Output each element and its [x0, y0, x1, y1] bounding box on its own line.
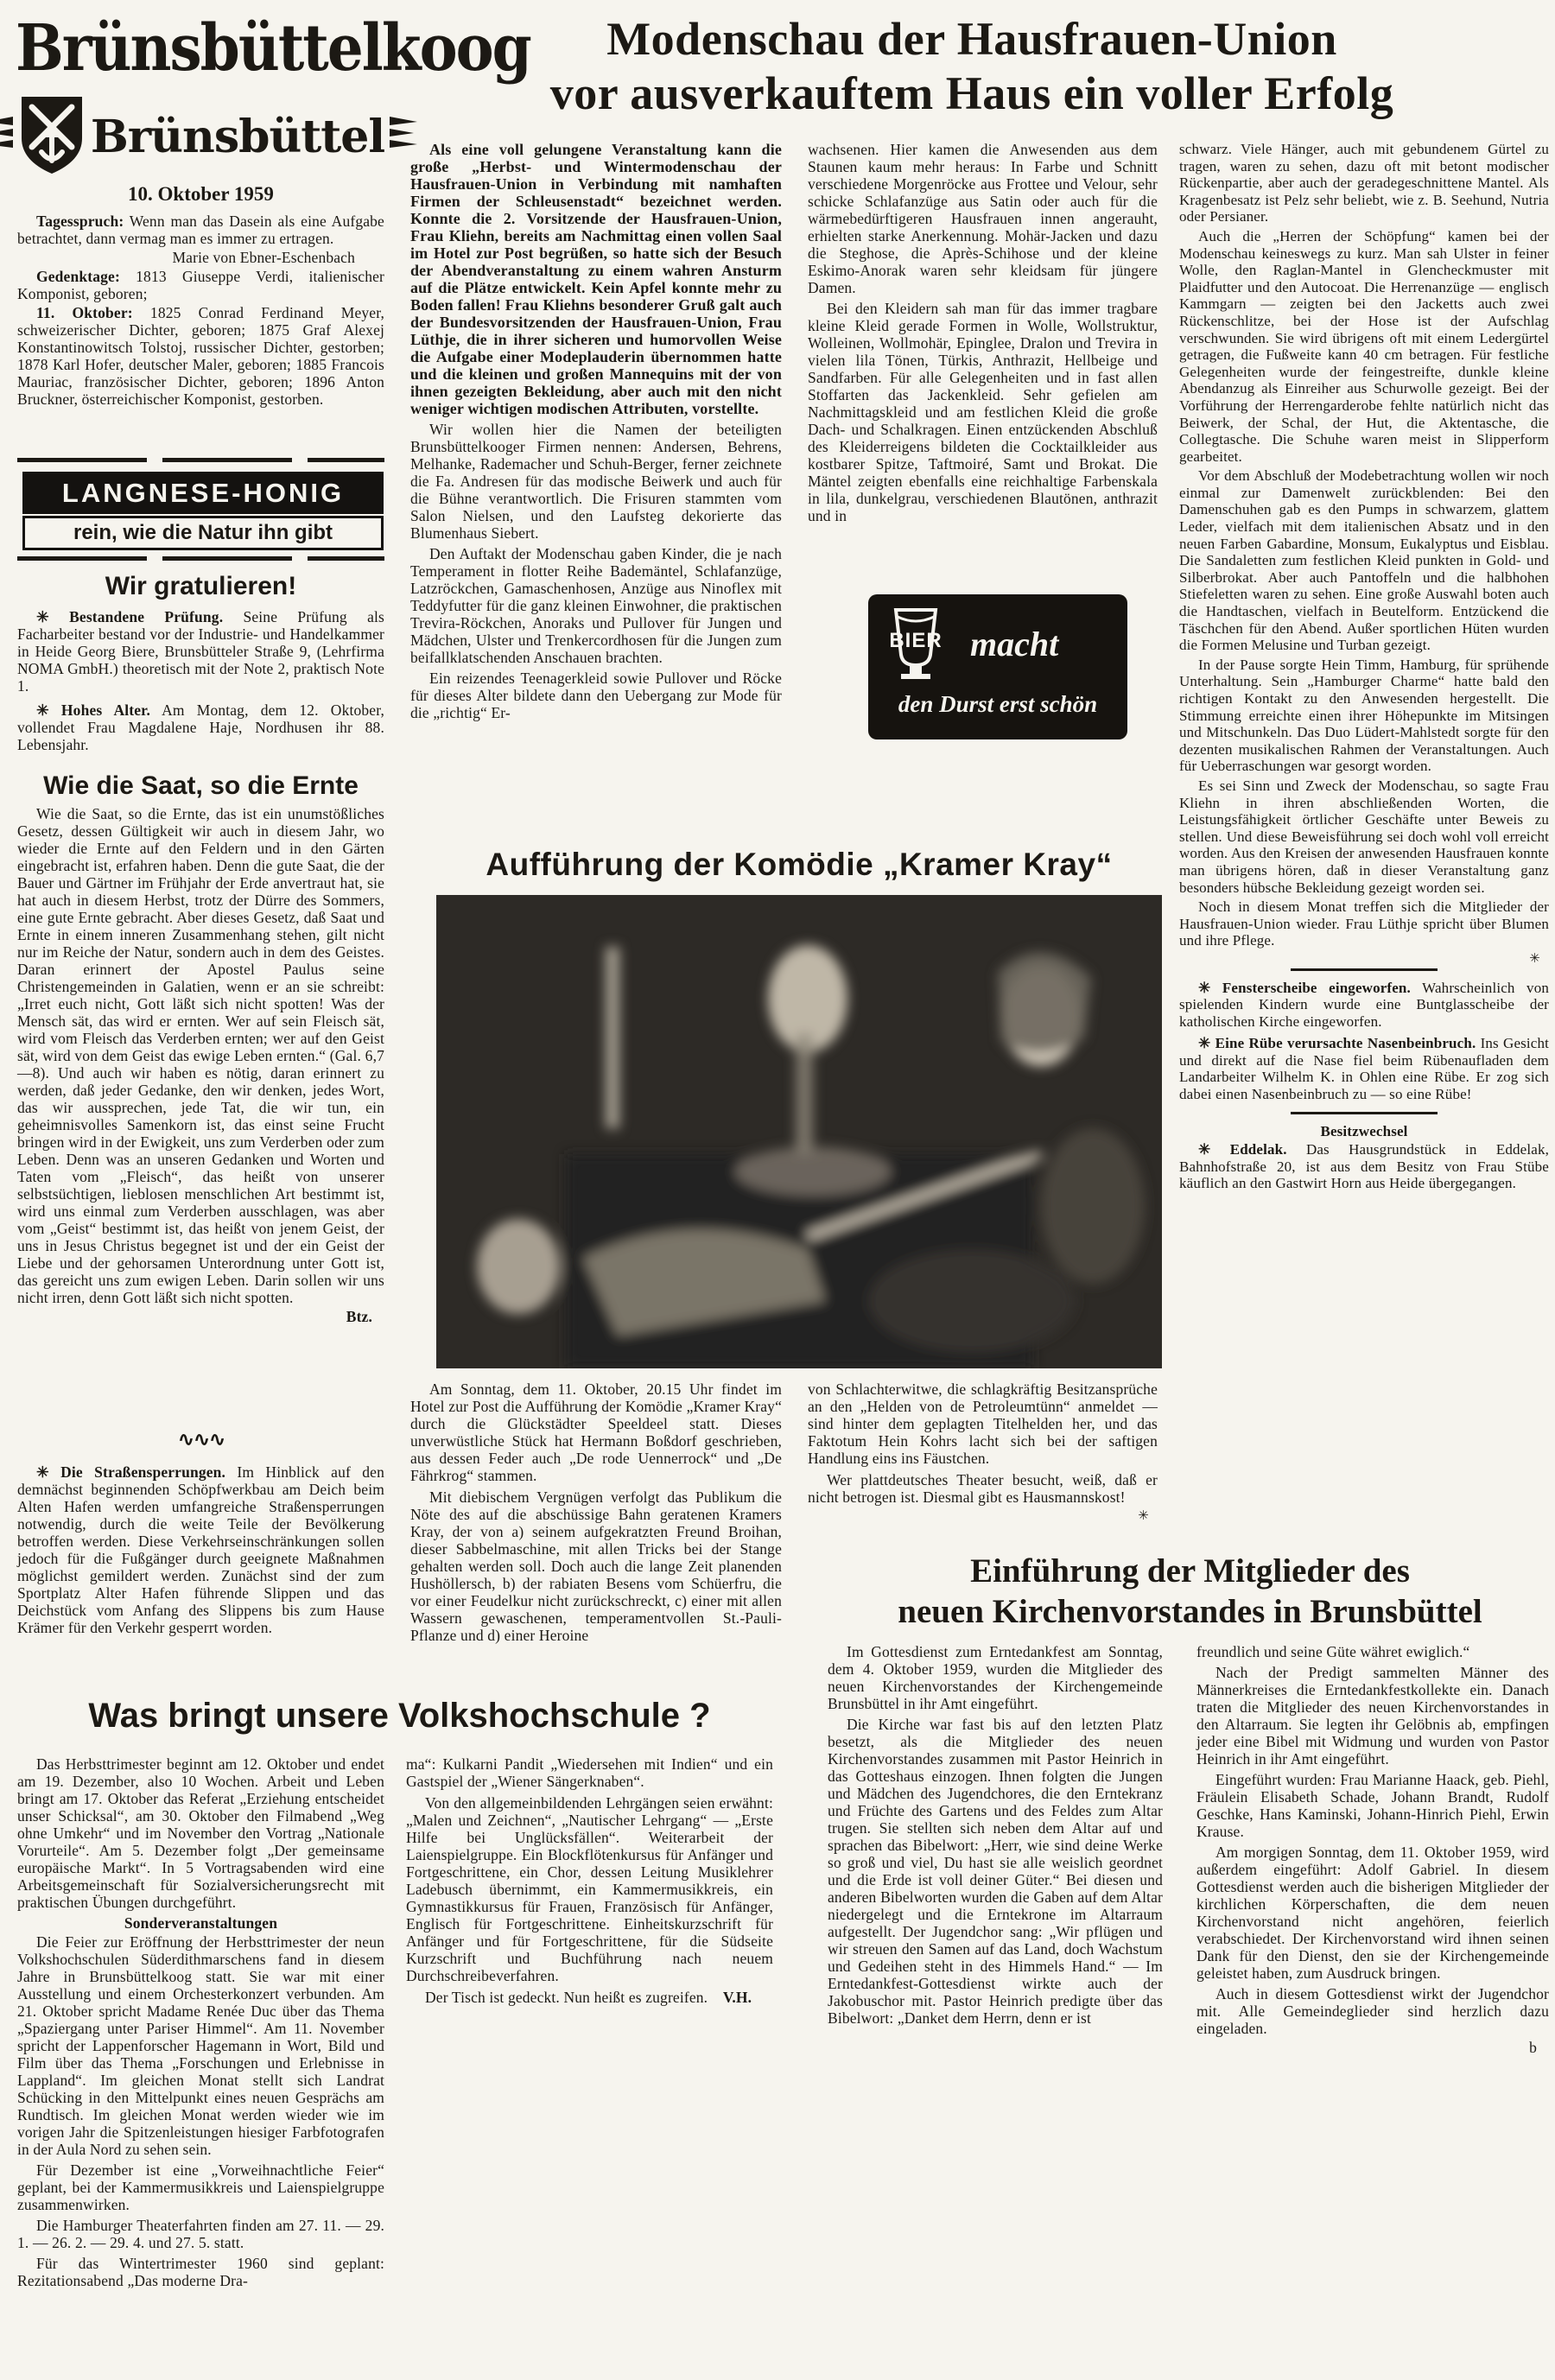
modenschau-paragraph: Ein reizendes Teenagerkleid sowie Pullov…: [410, 670, 782, 721]
lead-headline: Modenschau der Hausfrauen-Union vor ausv…: [397, 12, 1546, 121]
kirche-paragraph: Eingeführt wurden: Frau Marianne Haack, …: [1196, 1771, 1549, 1840]
bier-ad: BIER macht den Durst erst schön: [868, 594, 1127, 739]
bier-ad-word: macht: [970, 624, 1058, 664]
kramer-paragraph: Wer plattdeutsches Theater besucht, weiß…: [808, 1471, 1158, 1506]
kirche-col-left: Im Gottesdienst zum Erntedankfest am Son…: [828, 1643, 1163, 2028]
vhs-paragraph: Für Dezember ist eine „Vorweihnachtliche…: [17, 2161, 384, 2213]
vhs-signature: V.H.: [723, 1989, 752, 2006]
bier-ad-brand: BIER: [885, 629, 946, 653]
besitzwechsel-title: Besitzwechsel: [1179, 1123, 1549, 1140]
modenschau-col2: wachsenen. Hier kamen die Anwesenden aus…: [808, 141, 1158, 526]
kirche-headline-line1: Einführung der Mitglieder des: [825, 1551, 1555, 1591]
gratulieren-briefs: ✳ Bestandene Prüfung. Seine Prüfung als …: [17, 608, 384, 755]
modenschau-paragraph: Den Auftakt der Modenschau gaben Kinder,…: [410, 545, 782, 666]
vhs-paragraph: Das Herbsttrimester beginnt am 12. Oktob…: [17, 1755, 384, 1911]
modenschau-paragraph: Es sei Sinn und Zweck der Modenschau, so…: [1179, 777, 1549, 896]
saat-article-signature: Btz.: [17, 1308, 384, 1325]
masthead-title: Brünsbüttelkoog: [16, 10, 387, 85]
kirche-paragraph: freundlich und seine Güte währet ewiglic…: [1196, 1643, 1549, 1660]
gedenktage-okt11-text: 11. Oktober: 1825 Conrad Ferdinand Meyer…: [17, 304, 384, 408]
kirche-headline: Einführung der Mitglieder des neuen Kirc…: [825, 1551, 1555, 1632]
kramer-paragraph: von Schlachterwitwe, die schlagkräftig B…: [808, 1380, 1158, 1467]
kramer-col-right: von Schlachterwitwe, die schlagkräftig B…: [808, 1380, 1158, 1525]
tagesspruch: Tagesspruch: Wenn man das Dasein als ein…: [17, 213, 384, 409]
kramer-paragraph: Am Sonntag, dem 11. Oktober, 20.15 Uhr f…: [410, 1380, 782, 1484]
kirche-paragraph: Am morgigen Sonntag, dem 11. Oktober 195…: [1196, 1844, 1549, 1982]
vhs-paragraph: Die Hamburger Theaterfahrten finden am 2…: [17, 2217, 384, 2251]
brief-hohes-alter: ✳ Hohes Alter. Am Montag, dem 12. Oktobe…: [17, 701, 384, 753]
brief-divider: [1291, 1112, 1438, 1114]
modenschau-paragraph: Bei den Kleidern sah man für das immer t…: [808, 300, 1158, 524]
langnese-ad: LANGNESE-HONIG rein, wie die Natur ihn g…: [22, 472, 384, 550]
kirche-paragraph: Auch in diesem Gottesdienst wirkt der Ju…: [1196, 1985, 1549, 2037]
gedenktage-text: Gedenktage: 1813 Giuseppe Verdi, italien…: [17, 268, 384, 302]
vhs-title: Was bringt unsere Volkshochschule ?: [17, 1697, 782, 1736]
langnese-ad-slogan: rein, wie die Natur ihn gibt: [22, 516, 384, 550]
end-star: ✳: [1138, 1507, 1158, 1525]
saat-article-text: Wie die Saat, so die Ernte, das ist ein …: [17, 805, 384, 1306]
issue-date: 10. Oktober 1959: [17, 183, 384, 206]
masthead-subtitle: Brünsbüttel: [91, 111, 384, 163]
beer-glass-icon: BIER: [884, 605, 948, 689]
langnese-ad-title: LANGNESE-HONIG: [22, 472, 384, 514]
kirche-col-right: freundlich und seine Güte währet ewiglic…: [1196, 1643, 1549, 2056]
kirche-paragraph: Die Kirche war fast bis auf den letzten …: [828, 1716, 1163, 2027]
modenschau-col3: schwarz. Viele Hänger, auch mit gebunden…: [1179, 141, 1549, 1194]
divider-rule: [17, 556, 384, 561]
modenschau-paragraph: Noch in diesem Monat treffen sich die Mi…: [1179, 898, 1549, 949]
gratulieren-title: Wir gratulieren!: [17, 572, 384, 601]
kirche-headline-line2: neuen Kirchenvorstandes in Brunsbüttel: [825, 1591, 1555, 1632]
strassensperrungen-text: ✳ Die Straßensperrungen. Im Hinblick auf…: [17, 1463, 384, 1636]
modenschau-paragraph: Wir wollen hier die Namen der beteiligte…: [410, 421, 782, 542]
kirche-paragraph: Nach der Predigt sammelten Männer des Mä…: [1196, 1664, 1549, 1768]
modenschau-paragraph: Vor dem Abschluß der Modebetrachtung wol…: [1179, 467, 1549, 654]
vhs-paragraph: Von den allgemeinbildenden Lehrgängen se…: [406, 1794, 773, 1984]
brief-divider: [1291, 968, 1438, 971]
kramer-paragraph: Mit diebischem Vergnügen verfolgt das Pu…: [410, 1488, 782, 1644]
modenschau-paragraph: Auch die „Herren der Schöpfung“ kamen be…: [1179, 228, 1549, 465]
tagesspruch-text: Tagesspruch: Wenn man das Dasein als ein…: [17, 213, 384, 247]
kramer-headline: Aufführung der Komödie „Kramer Kray“: [436, 847, 1162, 883]
newspaper-page: Brünsbüttelkoog Brünsbüttel 10. Oktober …: [0, 0, 1555, 2380]
vhs-subhead: Sonderveranstaltungen: [17, 1914, 384, 1932]
squiggle-ornament: ∿∿∿: [17, 1427, 384, 1451]
vhs-paragraph: ma“: Kulkarni Pandit „Wiedersehen mit In…: [406, 1755, 773, 1790]
brief-pruefung: ✳ Bestandene Prüfung. Seine Prüfung als …: [17, 608, 384, 695]
vhs-paragraph: Die Feier zur Eröffnung der Herbsttrimes…: [17, 1933, 384, 2158]
vhs-paragraph: Für das Wintertrimester 1960 sind geplan…: [17, 2255, 384, 2289]
brief-besitzwechsel: ✳ Eddelak. Das Hausgrundstück in Eddelak…: [1179, 1141, 1549, 1192]
modenschau-col1: Als eine voll gelungene Veranstaltung ka…: [410, 141, 782, 723]
vhs-col2: ma“: Kulkarni Pandit „Wiedersehen mit In…: [406, 1755, 773, 2008]
modenschau-paragraph: In der Pause sorgte Hein Timm, Hamburg, …: [1179, 657, 1549, 775]
modenschau-lead-paragraph: Als eine voll gelungene Veranstaltung ka…: [410, 141, 782, 417]
modenschau-paragraph: schwarz. Viele Hänger, auch mit gebunden…: [1179, 141, 1549, 225]
saat-article-title: Wie die Saat, so die Ernte: [17, 771, 384, 801]
pennant-left-icon: [0, 113, 13, 161]
strassensperrungen-brief: ✳ Die Straßensperrungen. Im Hinblick auf…: [17, 1463, 384, 1638]
vhs-col1: Das Herbsttrimester beginnt am 12. Oktob…: [17, 1755, 384, 2291]
bier-ad-slogan: den Durst erst schön: [868, 691, 1127, 718]
lead-headline-line1: Modenschau der Hausfrauen-Union: [397, 12, 1546, 67]
end-star: ✳: [1529, 951, 1549, 968]
divider-rule: [17, 458, 384, 462]
modenschau-paragraph: wachsenen. Hier kamen die Anwesenden aus…: [808, 141, 1158, 296]
kramer-col-left: Am Sonntag, dem 11. Oktober, 20.15 Uhr f…: [410, 1380, 782, 1646]
masthead-row: Brünsbüttel: [16, 93, 387, 181]
brief-ruebe: ✳ Eine Rübe verursachte Nasenbeinbruch. …: [1179, 1035, 1549, 1102]
town-crest-icon: [18, 93, 86, 181]
kirche-signature: b: [1196, 2039, 1549, 2056]
lead-headline-line2: vor ausverkauftem Haus ein voller Erfolg: [397, 67, 1546, 121]
kramer-kray-photo: [436, 895, 1162, 1373]
kirche-paragraph: Im Gottesdienst zum Erntedankfest am Son…: [828, 1643, 1163, 1712]
saat-article: Wie die Saat, so die Ernte, das ist ein …: [17, 805, 384, 1325]
tagesspruch-attrib: Marie von Ebner-Eschenbach: [17, 249, 384, 266]
brief-fensterscheibe: ✳ Fensterscheibe eingeworfen. Wahrschein…: [1179, 980, 1549, 1031]
vhs-paragraph: Der Tisch ist gedeckt. Nun heißt es zugr…: [406, 1989, 773, 2006]
